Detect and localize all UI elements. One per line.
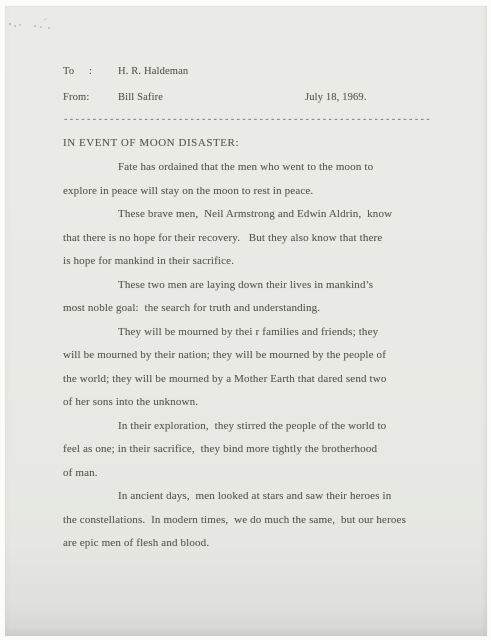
memo-line: These brave men, Neil Armstrong and Edwi… [63,203,467,227]
pencil-dot [48,27,50,29]
pencil-tick [43,18,47,21]
pencil-dot [9,23,11,25]
pencil-dot [14,25,16,27]
from-label: From: [63,91,89,105]
from-value: Bill Safire [118,91,163,105]
memo-body: Fate has ordained that the men who went … [63,156,467,556]
to-label: To [63,65,74,79]
to-value: H. R. Haldeman [118,65,188,79]
memo-line: In ancient days, men looked at stars and… [63,485,467,509]
pencil-dot [34,25,36,27]
memo-line: that there is no hope for their recovery… [63,227,467,251]
memo-line: explore in peace will stay on the moon t… [63,180,467,204]
memo-line: These two men are laying down their live… [63,274,467,298]
pencil-dot [19,24,21,26]
memo-line: They will be mourned by thei r families … [63,321,467,345]
memo-line: the constellations. In modern times, we … [63,509,467,533]
memo-subject-line: IN EVENT OF MOON DISASTER: [63,137,239,149]
memo-line: In their exploration, they stirred the p… [63,415,467,439]
memo-line: of her sons into the unknown. [63,391,467,415]
pencil-dot [40,26,42,28]
memo-line: the world; they will be mourned by a Mot… [63,368,467,392]
scanned-memo-viewport: To : H. R. Haldeman From: Bill Safire Ju… [0,0,491,640]
memo-line: will be mourned by their nation; they wi… [63,344,467,368]
memo-line: of man. [63,462,467,486]
dashed-divider: ----------------------------------------… [63,115,435,125]
memo-line: feel as one; in their sacrifice, they bi… [63,438,467,462]
memo-line: is hope for mankind in their sacrifice. [63,250,467,274]
memo-line: are epic men of flesh and blood. [63,532,467,556]
pencil-marks [5,14,65,38]
memo-page: To : H. R. Haldeman From: Bill Safire Ju… [5,6,487,636]
memo-from-row: From: Bill Safire July 18, 1969. [5,91,487,105]
to-separator: : [89,65,92,79]
memo-date: July 18, 1969. [305,91,367,105]
memo-line: most noble goal: the search for truth an… [63,297,467,321]
memo-to-row: To : H. R. Haldeman [5,65,487,79]
memo-line: Fate has ordained that the men who went … [63,156,467,180]
